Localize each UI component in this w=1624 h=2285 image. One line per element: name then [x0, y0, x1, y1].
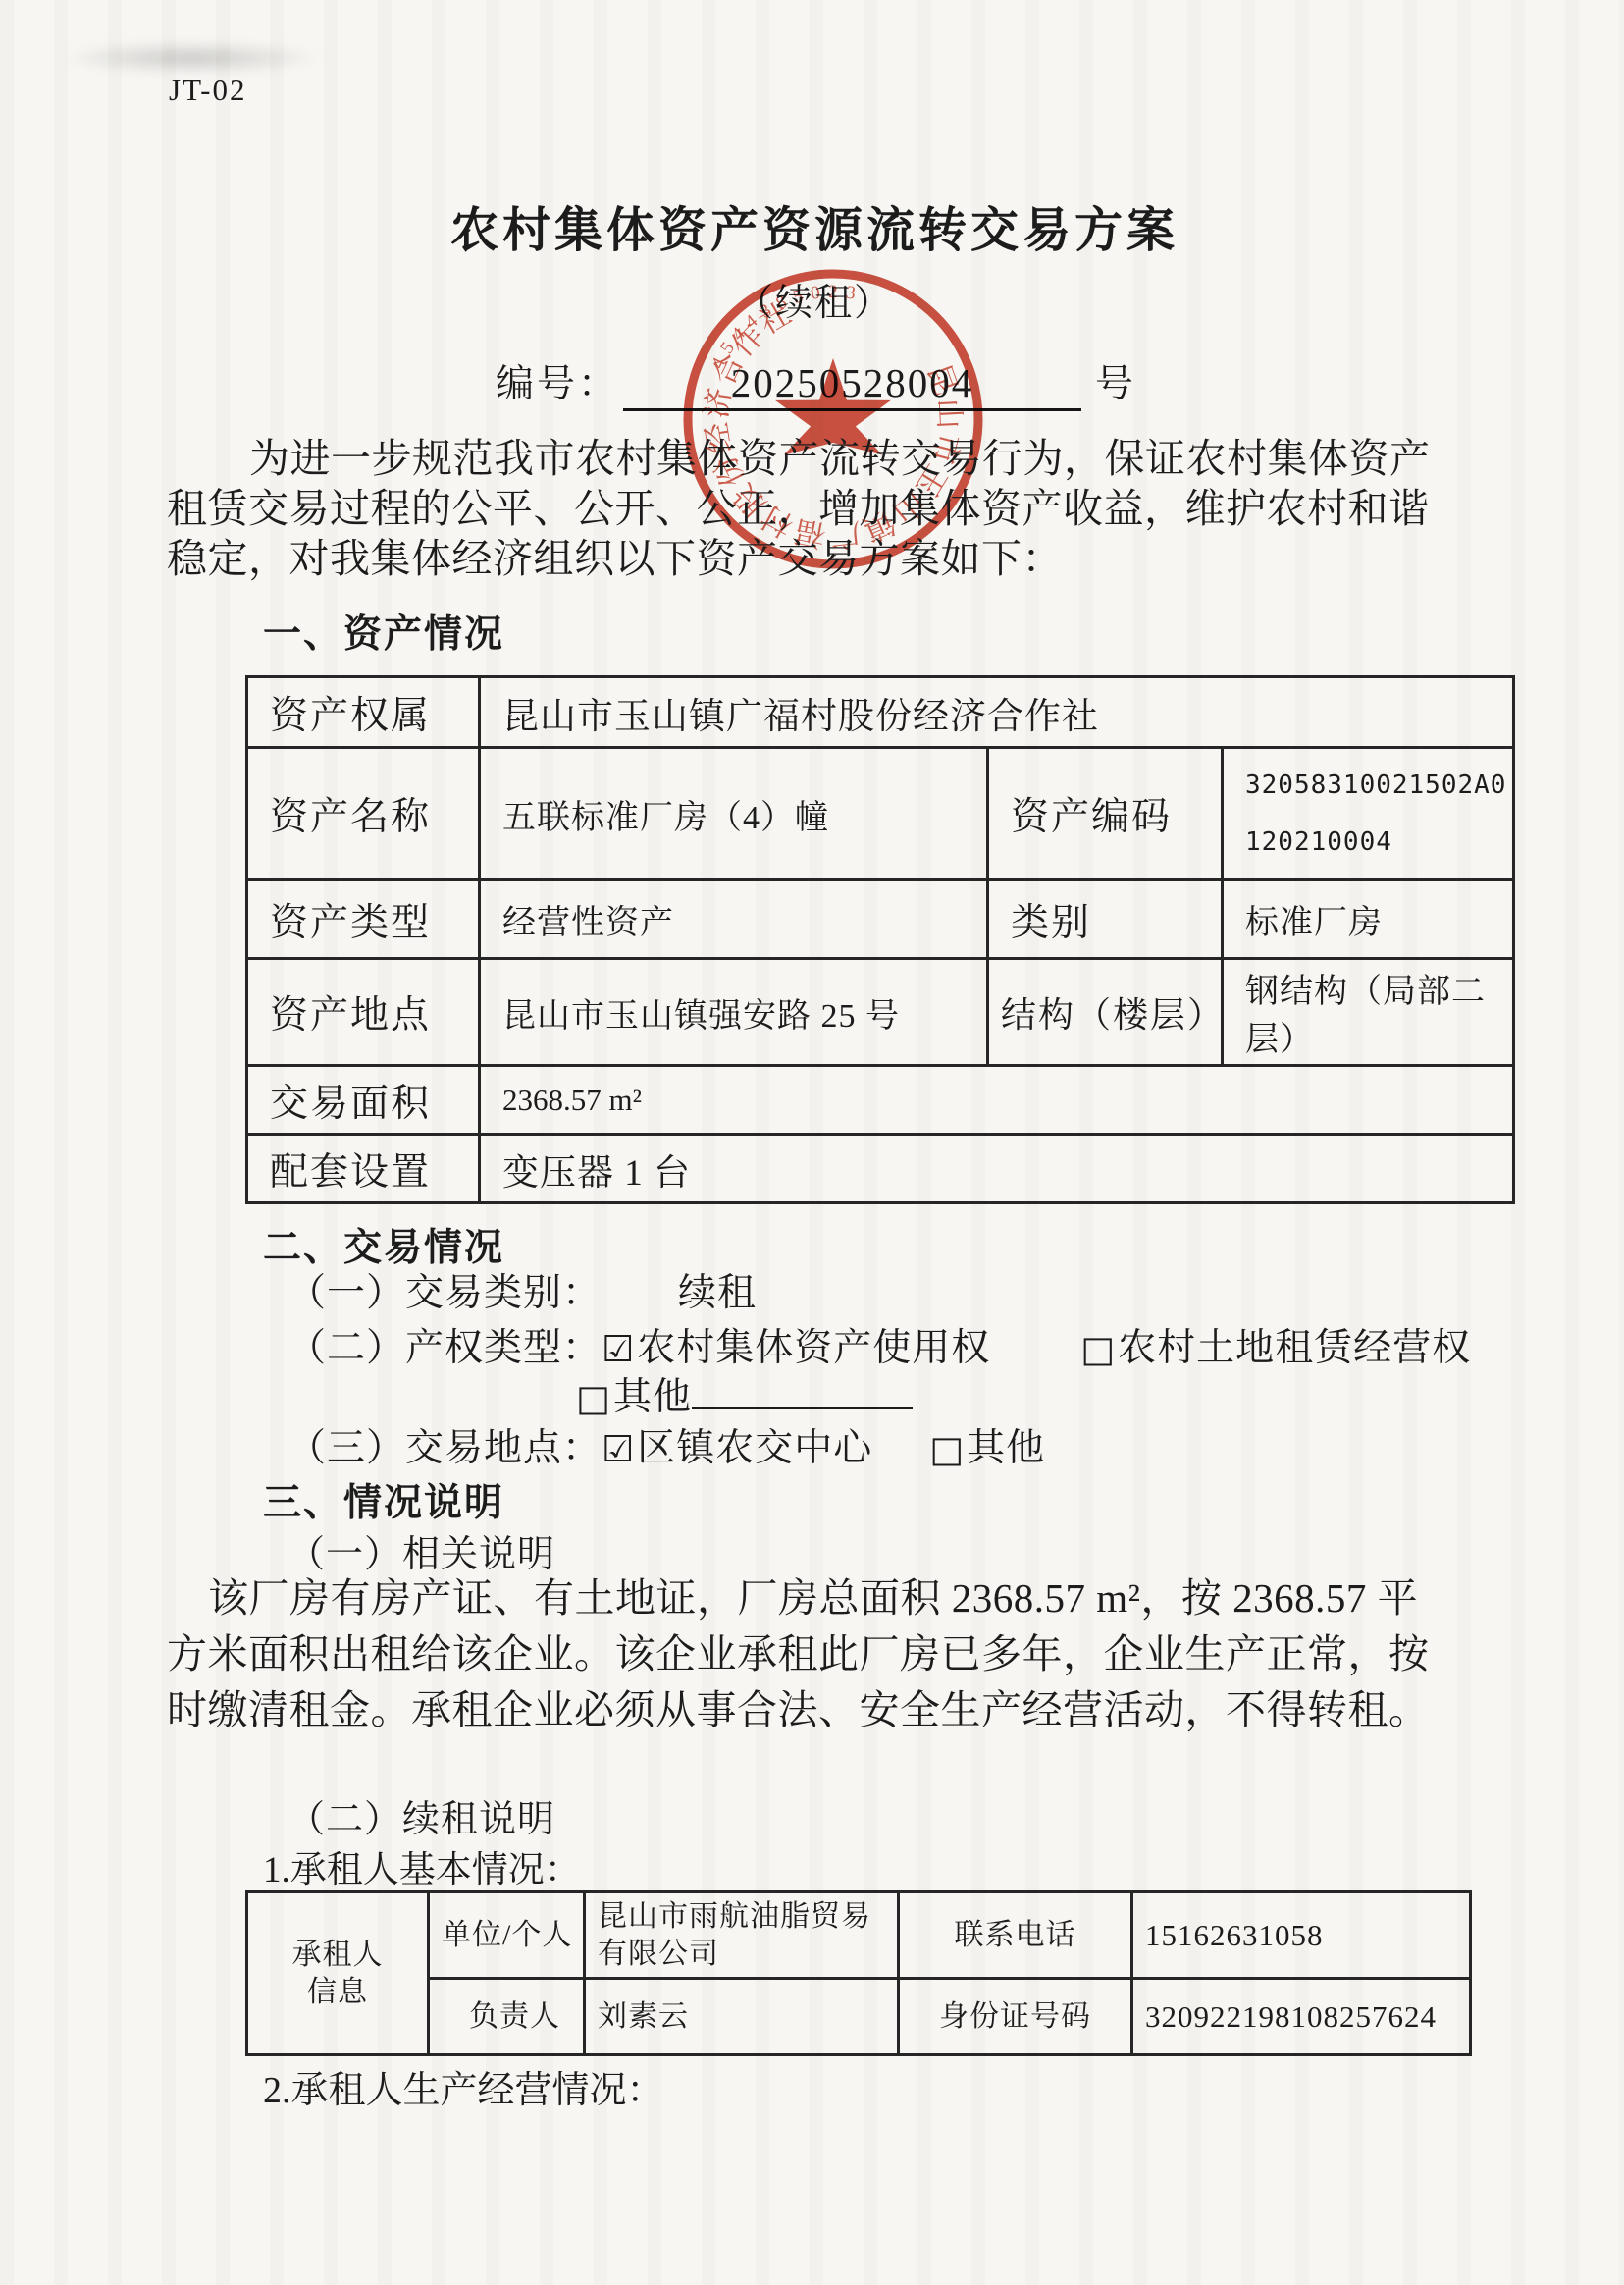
manager-label: 负责人: [429, 1979, 585, 2055]
transaction-place-line: （三）交易地点：☑区镇农交中心□其他: [288, 1417, 1045, 1472]
structure-value: 钢结构（局部二层）: [1223, 959, 1514, 1066]
checkbox-unchecked-icon: □: [576, 1377, 611, 1419]
form-code: JT-02: [169, 73, 246, 108]
asset-owner-label: 资产权属: [247, 677, 480, 748]
related-notes-subheading: （一）相关说明: [288, 1523, 555, 1577]
lessee-basic-info-label: 1.承租人基本情况：: [263, 1839, 581, 1892]
id-label: 身份证号码: [899, 1979, 1132, 2055]
checkbox-unchecked-icon: □: [1080, 1328, 1116, 1370]
asset-code-value: 32058310021502A0 120210004: [1223, 748, 1514, 880]
area-label: 交易面积: [247, 1066, 480, 1135]
checkbox-unchecked-icon: □: [929, 1428, 965, 1470]
renewal-notes-subheading: （二）续租说明: [288, 1788, 555, 1842]
related-notes-paragraph: 该厂房有房产证、有土地证，厂房总面积 2368.57 m²，按 2368.57 …: [167, 1570, 1480, 1738]
number-label: 编号：: [496, 363, 619, 405]
property-right-option3: 其他: [613, 1376, 692, 1418]
number-value: 20250528004: [623, 359, 1081, 411]
asset-type-value: 经营性资产: [480, 880, 988, 959]
paragraph-line: 时缴清租金。承租企业必须从事合法、安全生产经营活动，不得转租。: [167, 1682, 1480, 1738]
intro-line: 稳定，对我集体经济组织以下资产交易方案如下：: [167, 534, 1480, 584]
table-row: 资产类型 经营性资产 类别 标准厂房: [247, 880, 1514, 959]
document-number-line: 编号：20250528004号: [157, 353, 1472, 411]
section3-heading: 三、情况说明: [263, 1472, 504, 1527]
transaction-type-label: （一）交易类别：: [288, 1272, 602, 1314]
table-row: 承租人 信息 单位/个人 昆山市雨航油脂贸易有限公司 联系电话 15162631…: [247, 1892, 1471, 1979]
paragraph-line: 方米面积出租给该企业。该企业承租此厂房已多年，企业生产正常，按: [167, 1626, 1480, 1682]
document-title: 农村集体资产资源流转交易方案: [157, 192, 1472, 261]
facilities-label: 配套设置: [247, 1135, 480, 1203]
asset-location-label: 资产地点: [247, 959, 480, 1066]
transaction-place-label: （三）交易地点：: [288, 1427, 602, 1469]
lessee-info-line2: 信息: [254, 1974, 421, 2011]
intro-line: 为进一步规范我市农村集体资产流转交易行为，保证农村集体资产: [167, 434, 1480, 484]
category-value: 标准厂房: [1223, 880, 1514, 959]
document-page: JT-02 农村集体资产资源流转交易方案 （续租） 编号：20250528004…: [0, 0, 1624, 2285]
structure-label: 结构（楼层）: [988, 959, 1223, 1066]
table-row: 资产名称 五联标准厂房（4）幢 资产编码 32058310021502A0 12…: [247, 748, 1514, 880]
intro-line: 租赁交易过程的公平、公开、公正，增加集体资产收益，维护农村和谐: [167, 484, 1480, 534]
manager-value: 刘素云: [585, 1979, 899, 2055]
asset-name-value: 五联标准厂房（4）幢: [480, 748, 988, 880]
unit-label: 单位/个人: [429, 1892, 585, 1979]
transaction-place-option2: 其他: [967, 1427, 1045, 1469]
other-blank-line: [692, 1367, 913, 1409]
property-right-line: （二）产权类型：☑农村集体资产使用权□农村土地租赁经营权: [288, 1317, 1471, 1372]
transaction-type-line: （一）交易类别：续租: [288, 1262, 757, 1317]
number-suffix: 号: [1095, 363, 1133, 405]
property-right-option2: 农村土地租赁经营权: [1118, 1327, 1471, 1369]
section1-heading: 一、资产情况: [263, 604, 504, 659]
table-row: 交易面积 2368.57 m²: [247, 1066, 1514, 1135]
unit-value: 昆山市雨航油脂贸易有限公司: [585, 1892, 899, 1979]
checkbox-checked-icon: ☑: [602, 1328, 635, 1370]
document-subtitle: （续租）: [157, 272, 1472, 326]
asset-owner-value: 昆山市玉山镇广福村股份经济合作社: [480, 677, 1514, 748]
category-label: 类别: [988, 880, 1223, 959]
property-right-other-line: □其他: [576, 1366, 913, 1421]
id-value: 320922198108257624: [1132, 1979, 1471, 2055]
lessee-info-line1: 承租人: [254, 1937, 421, 1974]
property-right-label: （二）产权类型：: [288, 1327, 602, 1369]
asset-location-value: 昆山市玉山镇强安路 25 号: [480, 959, 988, 1066]
lessee-info-header: 承租人 信息: [247, 1892, 429, 2055]
lessee-business-label: 2.承租人生产经营情况：: [263, 2059, 664, 2113]
phone-label: 联系电话: [899, 1892, 1132, 1979]
phone-value: 15162631058: [1132, 1892, 1471, 1979]
area-value: 2368.57 m²: [480, 1066, 1514, 1135]
asset-info-table: 资产权属 昆山市玉山镇广福村股份经济合作社 资产名称 五联标准厂房（4）幢 资产…: [245, 675, 1515, 1204]
lessee-info-table: 承租人 信息 单位/个人 昆山市雨航油脂贸易有限公司 联系电话 15162631…: [245, 1890, 1472, 2056]
paragraph-line: 该厂房有房产证、有土地证，厂房总面积 2368.57 m²，按 2368.57 …: [167, 1570, 1480, 1626]
table-row: 资产地点 昆山市玉山镇强安路 25 号 结构（楼层） 钢结构（局部二层）: [247, 959, 1514, 1066]
table-row: 资产权属 昆山市玉山镇广福村股份经济合作社: [247, 677, 1514, 748]
table-row: 负责人 刘素云 身份证号码 320922198108257624: [247, 1979, 1471, 2055]
transaction-type-value: 续租: [678, 1272, 757, 1314]
intro-paragraph: 为进一步规范我市农村集体资产流转交易行为，保证农村集体资产 租赁交易过程的公平、…: [167, 434, 1480, 584]
svg-text:4: 4: [728, 323, 750, 344]
asset-name-label: 资产名称: [247, 748, 480, 880]
facilities-value: 变压器 1 台: [480, 1135, 1514, 1203]
asset-code-line1: 32058310021502A0: [1245, 771, 1506, 800]
property-right-option1: 农村集体资产使用权: [637, 1327, 990, 1369]
asset-code-line2: 120210004: [1245, 827, 1506, 857]
checkbox-checked-icon: ☑: [602, 1428, 635, 1470]
table-row: 配套设置 变压器 1 台: [247, 1135, 1514, 1203]
transaction-place-option1: 区镇农交中心: [637, 1427, 872, 1469]
scan-smudge: [59, 41, 324, 75]
asset-type-label: 资产类型: [247, 880, 480, 959]
asset-code-label: 资产编码: [988, 748, 1223, 880]
